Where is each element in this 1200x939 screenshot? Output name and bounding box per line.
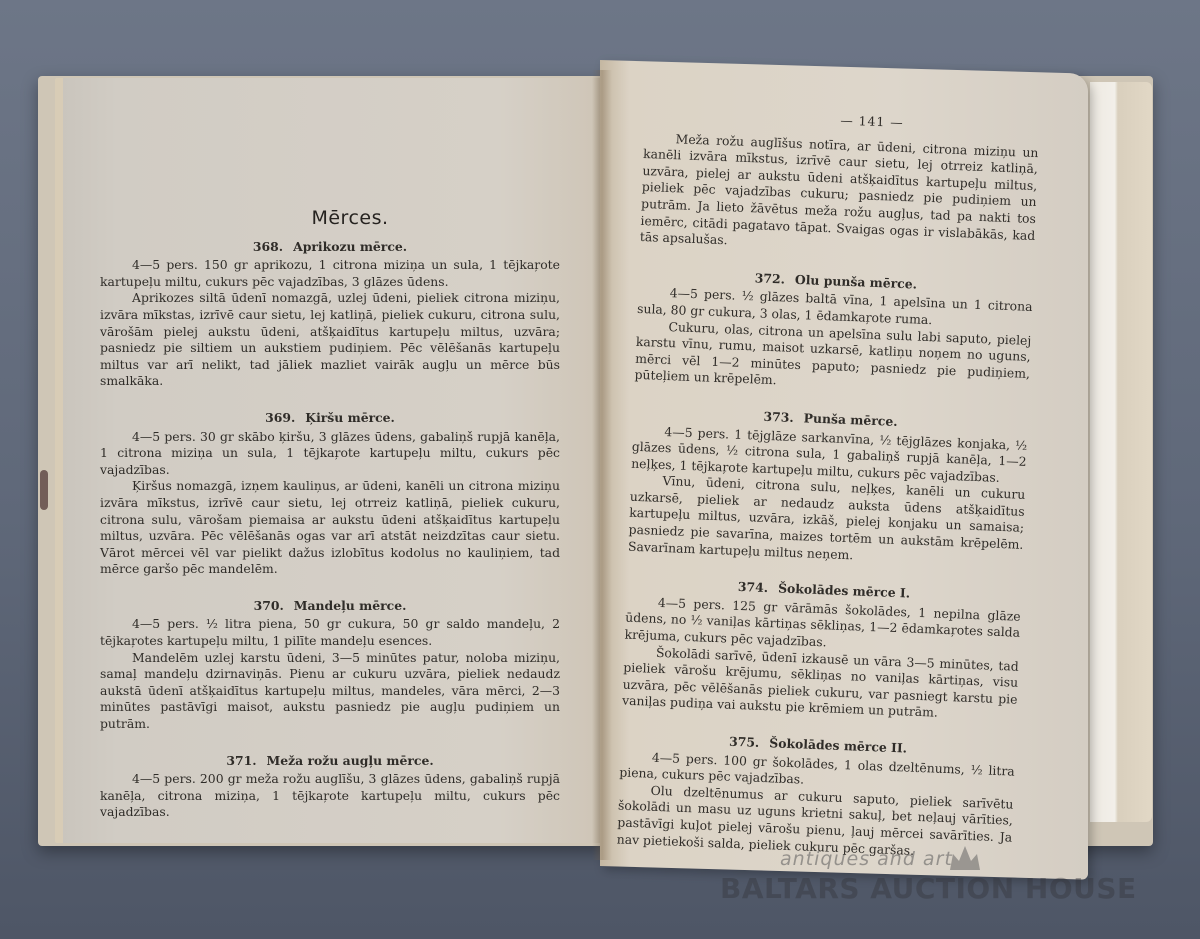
recipe-instructions: Aprikozes siltā ūdenī nomazgā, uzlej ūde… [100, 290, 560, 390]
recipe-373: 373.Punša mērce. 4—5 pers. 1 tējglāze sa… [628, 404, 1029, 570]
recipe-heading: 371.Meža rožu augļu mērce. [100, 753, 560, 770]
recipe-title: Ķiršu mērce. [305, 410, 395, 425]
recipe-ingredients: 4—5 pers. 150 gr aprikozu, 1 citrona miz… [100, 257, 560, 290]
recipe-371: 371.Meža rožu augļu mērce. 4—5 pers. 200… [100, 753, 560, 821]
watermark-name: BALTARS AUCTION HOUSE [720, 872, 1137, 905]
recipe-372: 372.Olu punša mērce. 4—5 pers. ½ glāzes … [634, 266, 1033, 399]
recipe-heading: 369.Ķiršu mērce. [100, 410, 560, 427]
recipe-number: 369. [265, 410, 295, 425]
recipe-title: Mandeļu mērce. [294, 598, 407, 613]
page-block-edge [1090, 82, 1152, 822]
recipe-instructions: Mandelēm uzlej karstu ūdeni, 3—5 minūtes… [100, 650, 560, 733]
recipe-title: Meža rožu augļu mērce. [267, 753, 434, 768]
recipe-title: Aprikozu mērce. [293, 239, 407, 254]
book-gutter [592, 70, 612, 860]
recipe-instructions: Ķiršus nomazgā, izņem kauliņus, ar ūdeni… [100, 478, 560, 578]
crown-icon [948, 844, 982, 874]
recipe-375: 375.Šokolādes mērce II. 4—5 pers. 100 gr… [616, 730, 1015, 863]
watermark-tagline: antiques and art [780, 848, 953, 870]
left-page-text: Mērces. 368.Aprikozu mērce. 4—5 pers. 15… [100, 210, 560, 821]
recipe-370: 370.Mandeļu mērce. 4—5 pers. ½ litra pie… [100, 598, 560, 733]
recipe-continuation: Meža rožu auglīšus notīra, ar ūdeni, cit… [640, 130, 1039, 261]
recipe-369: 369.Ķiršu mērce. 4—5 pers. 30 gr skābo ķ… [100, 410, 560, 578]
recipe-number: 371. [226, 753, 256, 768]
recipe-title: Punša mērce. [803, 410, 897, 429]
recipe-number: 372. [755, 270, 786, 286]
recipe-number: 373. [763, 409, 794, 425]
recipe-title: Šokolādes mērce II. [769, 735, 907, 755]
recipe-ingredients: 4—5 pers. ½ litra piena, 50 gr cukura, 5… [100, 616, 560, 649]
recipe-ingredients: 4—5 pers. 200 gr meža rožu auglīšu, 3 gl… [100, 771, 560, 821]
watermark: antiques and art BALTARS AUCTION HOUSE [720, 848, 1140, 928]
recipe-number: 375. [729, 734, 760, 750]
recipe-instructions: Vīnu, ūdeni, citrona sulu, neļķes, kanēl… [628, 472, 1026, 570]
recipe-ingredients: 4—5 pers. 30 gr skābo ķiršu, 3 glāzes ūd… [100, 429, 560, 479]
section-title: Mērces. [140, 210, 560, 227]
recipe-title: Šokolādes mērce I. [778, 581, 910, 601]
right-page-text: — 141 — Meža rožu auglīšus notīra, ar ūd… [616, 105, 1039, 863]
recipe-heading: 370.Mandeļu mērce. [100, 598, 560, 615]
recipe-number: 374. [738, 579, 769, 595]
recipe-number: 370. [254, 598, 284, 613]
recipe-number: 368. [253, 239, 283, 254]
recipe-368: 368.Aprikozu mērce. 4—5 pers. 150 gr apr… [100, 239, 560, 390]
cover-stain [40, 470, 48, 510]
recipe-heading: 368.Aprikozu mērce. [100, 239, 560, 256]
recipe-374: 374.Šokolādes mērce I. 4—5 pers. 125 gr … [622, 575, 1022, 725]
recipe-title: Olu punša mērce. [795, 272, 918, 292]
